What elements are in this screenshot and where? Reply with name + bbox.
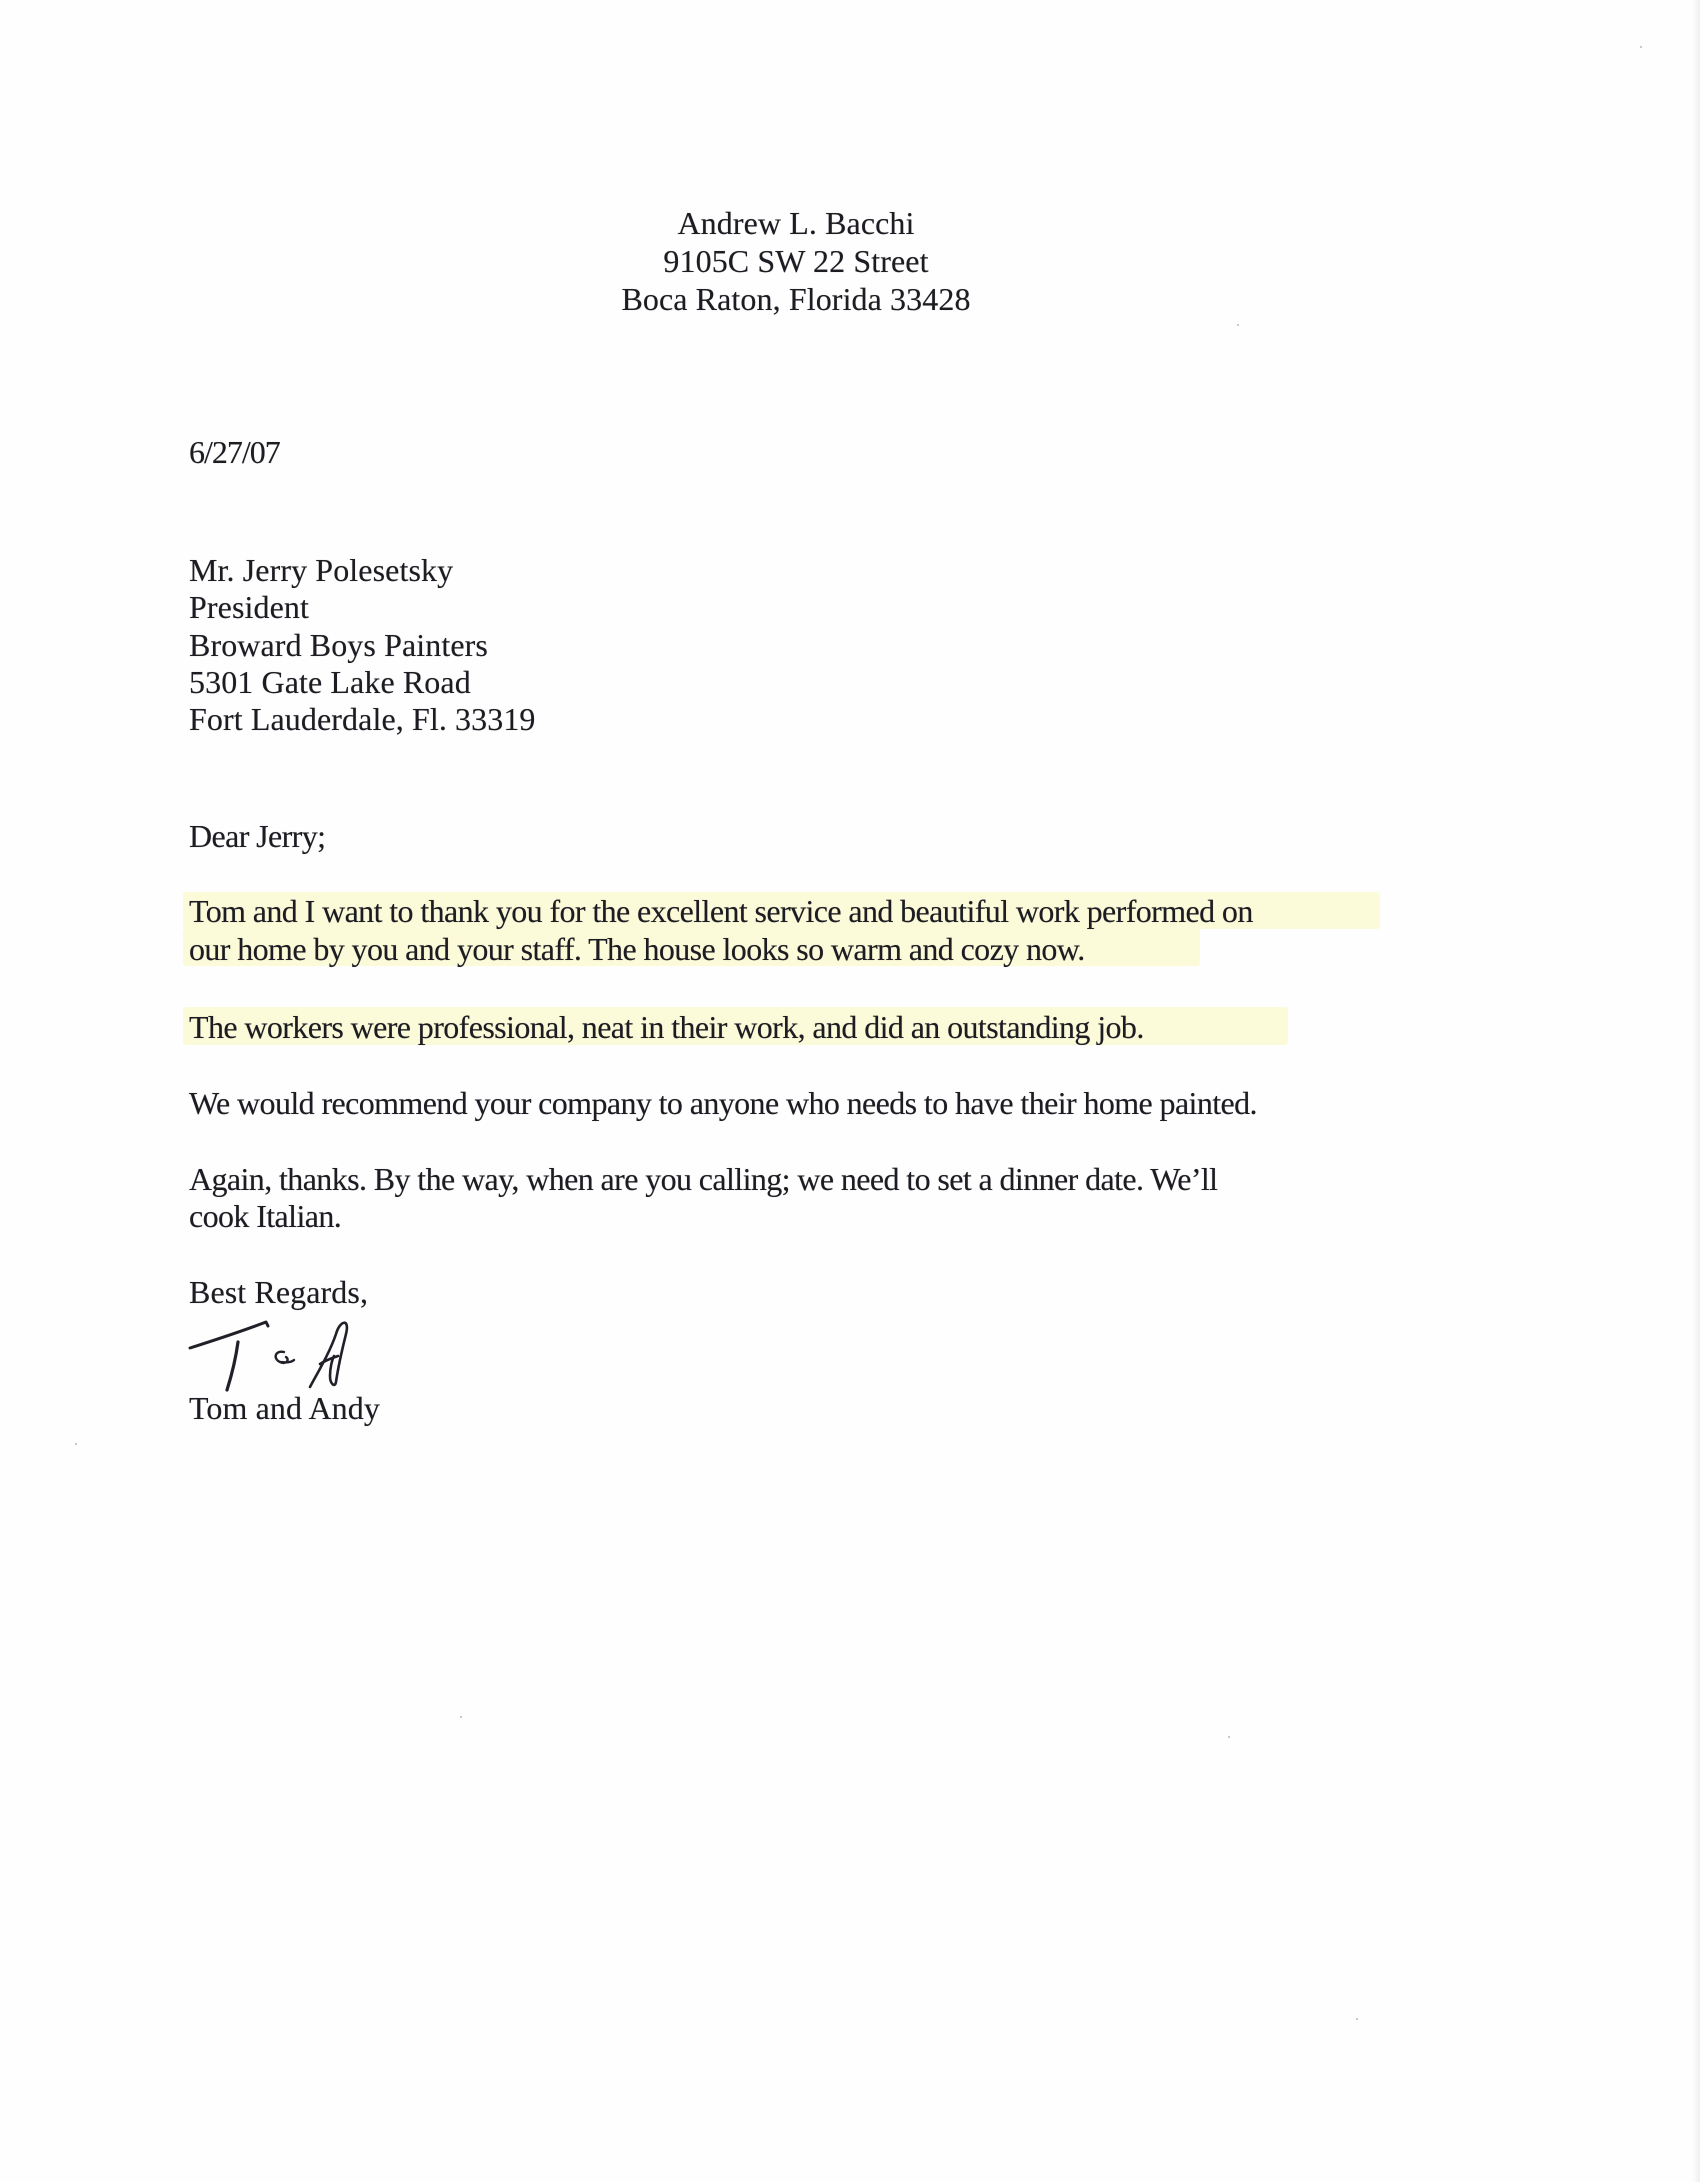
scan-edge-shadow	[1692, 0, 1700, 2182]
scan-speck	[1640, 46, 1642, 48]
recipient-street: 5301 Gate Lake Road	[189, 663, 471, 701]
recipient-title: President	[189, 588, 309, 626]
paragraph-1-line-2: our home by you and your staff. The hous…	[189, 930, 1085, 968]
salutation: Dear Jerry;	[189, 817, 325, 855]
scan-speck	[1356, 2018, 1358, 2020]
sender-city-state-zip: Boca Raton, Florida 33428	[0, 280, 1592, 318]
recipient-name: Mr. Jerry Polesetsky	[189, 551, 453, 589]
sender-name: Andrew L. Bacchi	[0, 204, 1592, 242]
closing: Best Regards,	[189, 1273, 368, 1311]
letter-page: Andrew L. Bacchi 9105C SW 22 Street Boca…	[0, 0, 1700, 2182]
recipient-company: Broward Boys Painters	[189, 626, 488, 664]
scan-speck	[460, 1716, 462, 1718]
paragraph-3-line-1: We would recommend your company to anyon…	[189, 1084, 1257, 1122]
scan-speck	[1237, 324, 1239, 326]
paragraph-2-line-1: The workers were professional, neat in t…	[189, 1008, 1144, 1046]
recipient-city-state-zip: Fort Lauderdale, Fl. 33319	[189, 700, 536, 738]
paragraph-4-line-2: cook Italian.	[189, 1197, 341, 1235]
signers: Tom and Andy	[189, 1389, 380, 1427]
paragraph-1-line-1: Tom and I want to thank you for the exce…	[189, 892, 1253, 930]
paragraph-4-line-1: Again, thanks. By the way, when are you …	[189, 1160, 1217, 1198]
scan-speck	[1228, 1736, 1230, 1738]
scan-speck	[75, 1443, 77, 1445]
letter-date: 6/27/07	[189, 433, 280, 471]
sender-street: 9105C SW 22 Street	[0, 242, 1592, 280]
